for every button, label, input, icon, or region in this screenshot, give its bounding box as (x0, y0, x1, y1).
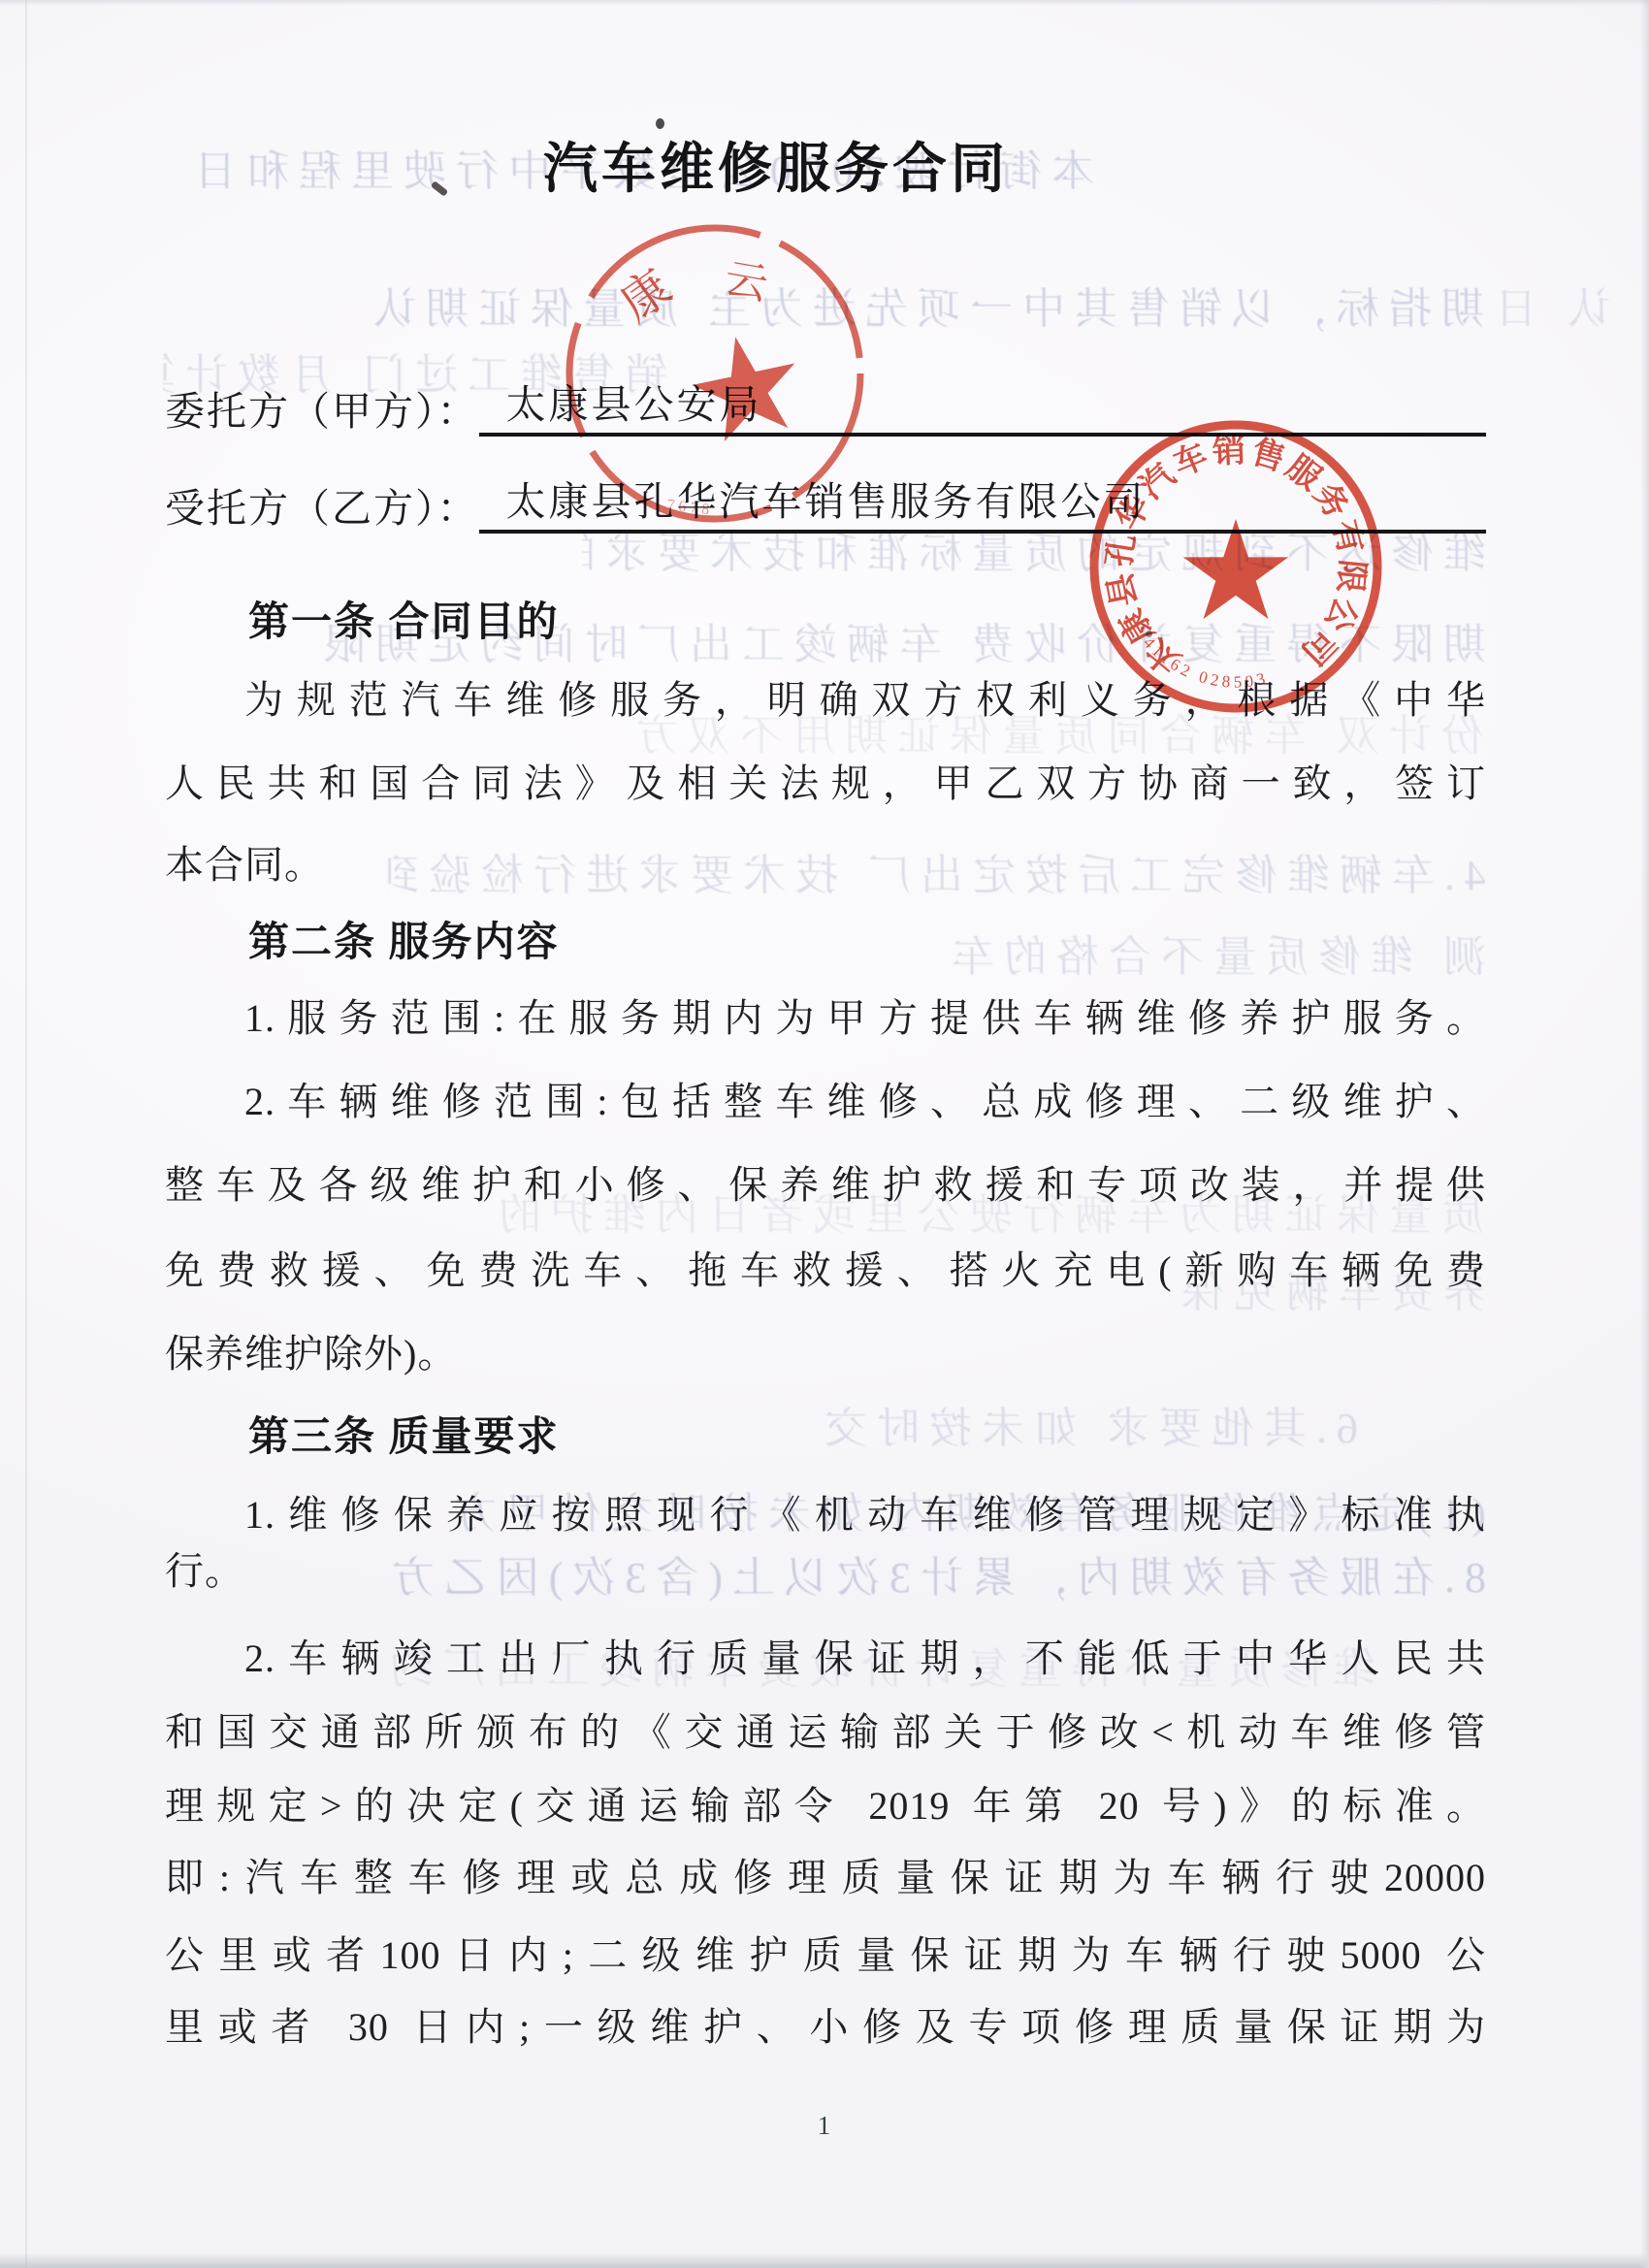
seal-ring-char: 康 (610, 259, 681, 332)
contract-line: 1.服务范围:在服务期内为甲方提供车辆维修养护服务。 (165, 995, 1486, 1041)
contract-line: 2.车辆维修范围:包括整车维修、总成修理、二级维护、 (165, 1079, 1486, 1124)
contract-line: 人民共和国合同法》及相关法规，甲乙双方协商一致，签订 (165, 761, 1486, 806)
scanned-page: 本街行驶2000公里数平中行驶里程和日期指标，以销售其中一项先进为主 质量保证期… (0, 0, 1649, 2268)
section-heading: 第三条 质量要求 (165, 1414, 1486, 1463)
contract-line: 公里或者100日内;二级维护质量保证期为车辆行驶5000 公 (165, 1932, 1486, 1978)
official-seal-company: 太康县孔华汽车销售服务有限公司 41162 028503 (1084, 415, 1387, 718)
contract-line: 里或者 30 日内;一级维护、小修及专项修理质量保证期为 (165, 2004, 1486, 2050)
contract-line: 1.维修保养应按照现行《机动车维修管理规定》标准执 (165, 1492, 1486, 1538)
seal-ring (569, 228, 860, 519)
contract-line: 行。 (165, 1548, 1486, 1594)
contract-line: 整车及各级维护和小修、保养维护救援和专项改装，并提供 (165, 1162, 1486, 1208)
contract-line: 和国交通部所颁布的《交通运输部关于修改<机动车维修管 (165, 1709, 1486, 1755)
contract-line: 本合同。 (165, 842, 1486, 888)
seal-ring-char: 云 (721, 255, 771, 309)
official-seal-police: 康 云 7678 (560, 218, 870, 529)
contract-line: 免费救援、免费洗车、拖车救援、搭火充电(新购车辆免费 (165, 1247, 1486, 1293)
contract-line: 2.车辆竣工出厂执行质量保证期，不能低于中华人民共 (165, 1636, 1486, 1681)
seal-star-icon (684, 326, 807, 445)
page-number: 1 (0, 2111, 1649, 2141)
contract-line: 保养维护除外)。 (165, 1331, 1486, 1377)
contract-line: 即:汽车整车修理或总成修理质量保证期为车辆行驶20000 (165, 1855, 1486, 1900)
section-heading: 第二条 服务内容 (165, 920, 1486, 968)
seal-star-icon (1183, 519, 1288, 619)
contract-line: 理规定>的决定(交通运输部令 2019 年第 20 号)》的标准。 (165, 1783, 1486, 1829)
